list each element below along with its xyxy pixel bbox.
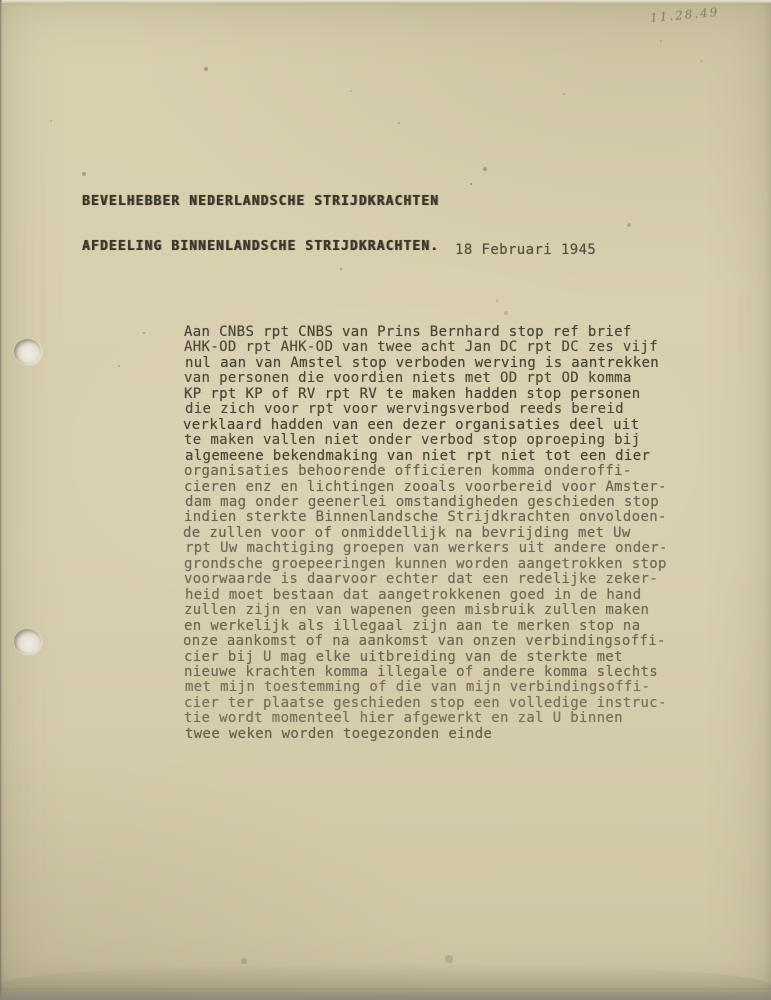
typed-line: met mijn toestemming of die van mijn ver… <box>185 680 684 695</box>
typed-line: cier ter plaatse geschieden stop een vol… <box>184 696 684 711</box>
letterhead-line1: BEVELHEBBER NEDERLANDSCHE STRIJDKRACHTEN <box>82 194 439 209</box>
paper-left-edge <box>0 0 2 1000</box>
typed-line: KP rpt KP of RV rpt RV te maken hadden s… <box>184 387 684 402</box>
letterhead: BEVELHEBBER NEDERLANDSCHE STRIJDKRACHTEN… <box>82 164 439 284</box>
typed-line: grondsche groepeeringen kunnen worden aa… <box>184 557 684 572</box>
typed-line: rpt Uw machtiging groepen van werkers ui… <box>185 541 684 556</box>
punch-hole-top <box>14 339 41 364</box>
paper-speckles <box>0 0 2 2</box>
typed-line: cieren enz en lichtingen zooals voorbere… <box>184 480 684 495</box>
typed-line: dam mag onder geenerlei omstandigheden g… <box>185 495 684 510</box>
typed-line: verklaard hadden van een dezer organisat… <box>183 418 684 433</box>
typed-line: twee weken worden toegezonden einde <box>185 727 684 742</box>
letterhead-line2: AFDEELING BINNENLANDSCHE STRIJDKRACHTEN. <box>82 239 439 254</box>
paper-bottom-edge <box>0 987 771 1000</box>
typed-line: tie wordt momenteel hier afgewerkt en za… <box>184 711 684 726</box>
typed-line: indien sterkte Binnenlandsche Strijdkrac… <box>184 510 684 525</box>
typed-line: nieuwe krachten komma illegale of andere… <box>184 665 684 680</box>
typed-line: algemeene bekendmaking van niet rpt niet… <box>185 449 684 464</box>
typed-line: AHK-OD rpt AHK-OD van twee acht Jan DC r… <box>184 340 684 355</box>
document-date: 18 Februari 1945 <box>455 242 596 258</box>
typed-line: voorwaarde is daarvoor echter dat een re… <box>184 572 684 587</box>
typed-body-text: Aan CNBS rpt CNBS van Prins Bernhard sto… <box>184 325 684 742</box>
typed-line: en werkelijk als illegaal zijn aan te me… <box>184 619 684 634</box>
typed-line: cier bij U mag elke uitbreiding van de s… <box>184 650 684 665</box>
handwritten-annotation: 11.28.49 <box>649 5 719 25</box>
typed-line: heid moet bestaan dat aangetrokkenen goe… <box>185 588 684 603</box>
typed-line: de zullen voor of onmiddellijk na bevrij… <box>183 526 684 541</box>
typed-line: onze aankomst of na aankomst van onzen v… <box>183 634 684 649</box>
punch-hole-bottom <box>14 629 41 654</box>
scanned-document-page: 11.28.49 BEVELHEBBER NEDERLANDSCHE STRIJ… <box>0 0 771 1000</box>
typed-line: van personen die voordien niets met OD r… <box>184 371 684 386</box>
typed-line: te maken vallen niet onder verbod stop o… <box>184 433 684 448</box>
typed-line: organisaties behoorende officieren komma… <box>184 464 684 479</box>
typed-line: nul aan van Amstel stop verboden werving… <box>185 356 684 371</box>
typed-line: Aan CNBS rpt CNBS van Prins Bernhard sto… <box>184 325 684 340</box>
typed-line: zullen zijn en van wapenen geen misbruik… <box>184 603 684 618</box>
paper-top-edge <box>0 0 771 3</box>
typed-line: die zich voor rpt voor wervingsverbod re… <box>185 402 684 417</box>
